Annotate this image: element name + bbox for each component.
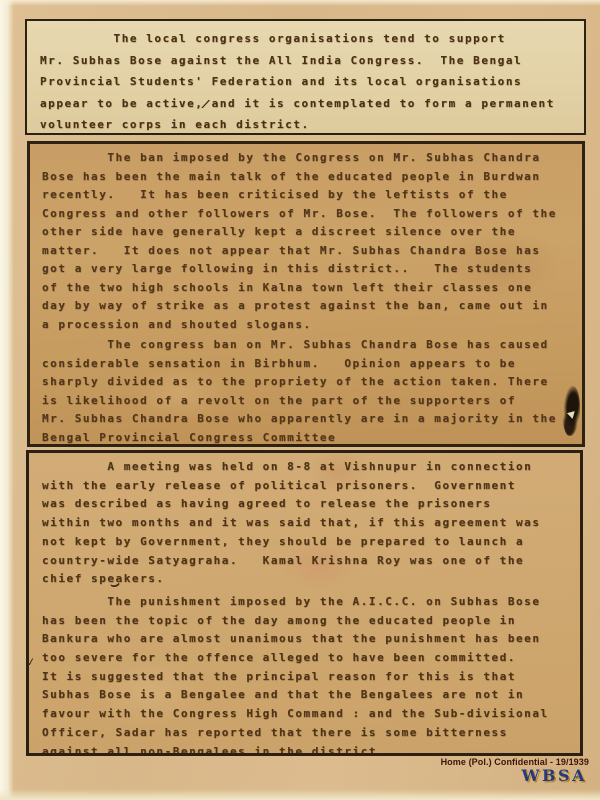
- typed-line: The ban imposed by the Congress on Mr. S…: [42, 149, 574, 168]
- typed-line: The punishment imposed by the A.I.C.C. o…: [42, 593, 572, 612]
- typed-paragraph: The ban imposed by the Congress on Mr. S…: [42, 149, 574, 334]
- typed-line: day by way of strike as a protest agains…: [42, 297, 574, 316]
- typed-line: with the early release of political pris…: [42, 477, 572, 496]
- typed-line: The congress ban on Mr. Subhas Chandra B…: [42, 336, 574, 355]
- scanned-document-page: The local congress organisations tend to…: [0, 0, 600, 800]
- typed-note-section-2: The ban imposed by the Congress on Mr. S…: [27, 141, 585, 447]
- typed-line: It is suggested that the principal reaso…: [42, 668, 572, 687]
- typed-line: considerable sensation in Birbhum. Opini…: [42, 355, 574, 374]
- section-1-paragraphs: The local congress organisations tend to…: [40, 28, 576, 135]
- typed-line: matter. It does not appear that Mr. Subh…: [42, 242, 574, 261]
- typed-note-section-3: A meeting was held on 8-8 at Vishnupur i…: [26, 450, 583, 756]
- typed-line: Officer, Sadar has reported that there i…: [42, 724, 572, 743]
- typed-line: got a very large following in this distr…: [42, 260, 574, 279]
- typed-line: appear to be active, and it is contempla…: [40, 93, 576, 115]
- typed-line: sharply divided as to the propriety of t…: [42, 373, 574, 392]
- typed-line: Congress and other followers of Mr. Bose…: [42, 205, 574, 224]
- typed-line: is likelihood of a revolt on the part of…: [42, 392, 574, 411]
- typed-line: A meeting was held on 8-8 at Vishnupur i…: [42, 458, 572, 477]
- typed-line: Bengal Provincial Congress Committee: [42, 429, 574, 448]
- scan-edge-left: [0, 0, 14, 800]
- typed-paragraph: The congress ban on Mr. Subhas Chandra B…: [42, 336, 574, 447]
- typed-line: of the two high schools in Kalna town le…: [42, 279, 574, 298]
- typed-line: volunteer corps in each district.: [40, 114, 576, 135]
- typed-line: Bankura who are almost unanimous that th…: [42, 630, 572, 649]
- typed-line: too severe for the offence alleged to ha…: [42, 649, 572, 668]
- scan-edge-bottom: [0, 789, 600, 800]
- typed-line: against all non-Bengalees in the distric…: [42, 743, 572, 756]
- typed-line: country-wide Satyagraha. Kamal Krishna R…: [42, 552, 572, 571]
- typed-paragraph: The punishment imposed by the A.I.C.C. o…: [42, 593, 572, 756]
- typed-line: The local congress organisations tend to…: [40, 28, 576, 50]
- typed-paragraph: The local congress organisations tend to…: [40, 28, 576, 135]
- scan-edge-top: [0, 0, 600, 6]
- typed-line: Mr. Subhas Bose against the All India Co…: [40, 50, 576, 72]
- typed-line: Provincial Students' Federation and its …: [40, 71, 576, 93]
- wbsa-watermark: WBSA: [522, 766, 587, 785]
- typed-line: within two months and it was said that, …: [42, 514, 572, 533]
- typed-paragraph: A meeting was held on 8-8 at Vishnupur i…: [42, 458, 572, 589]
- typed-line: Subhas Bose is a Bengalee and that the B…: [42, 686, 572, 705]
- typed-line: was described as having agreed to releas…: [42, 495, 572, 514]
- section-3-paragraphs: A meeting was held on 8-8 at Vishnupur i…: [42, 458, 572, 756]
- typed-line: Mr. Subhas Chandra Bose who apparently a…: [42, 410, 574, 429]
- typed-line: other side have generally kept a discree…: [42, 223, 574, 242]
- typed-line: recently. It has been criticised by the …: [42, 186, 574, 205]
- section-2-paragraphs: The ban imposed by the Congress on Mr. S…: [42, 149, 574, 447]
- typed-line: chief speakers.: [42, 570, 572, 589]
- typed-note-section-1: The local congress organisations tend to…: [25, 19, 586, 135]
- typed-line: Bose has been the main talk of the educa…: [42, 168, 574, 187]
- typed-line: favour with the Congress High Command : …: [42, 705, 572, 724]
- typed-line: not kept by Government, they should be p…: [42, 533, 572, 552]
- typed-line: has been the topic of the day among the …: [42, 612, 572, 631]
- typed-line: a procession and shouted slogans.: [42, 316, 574, 335]
